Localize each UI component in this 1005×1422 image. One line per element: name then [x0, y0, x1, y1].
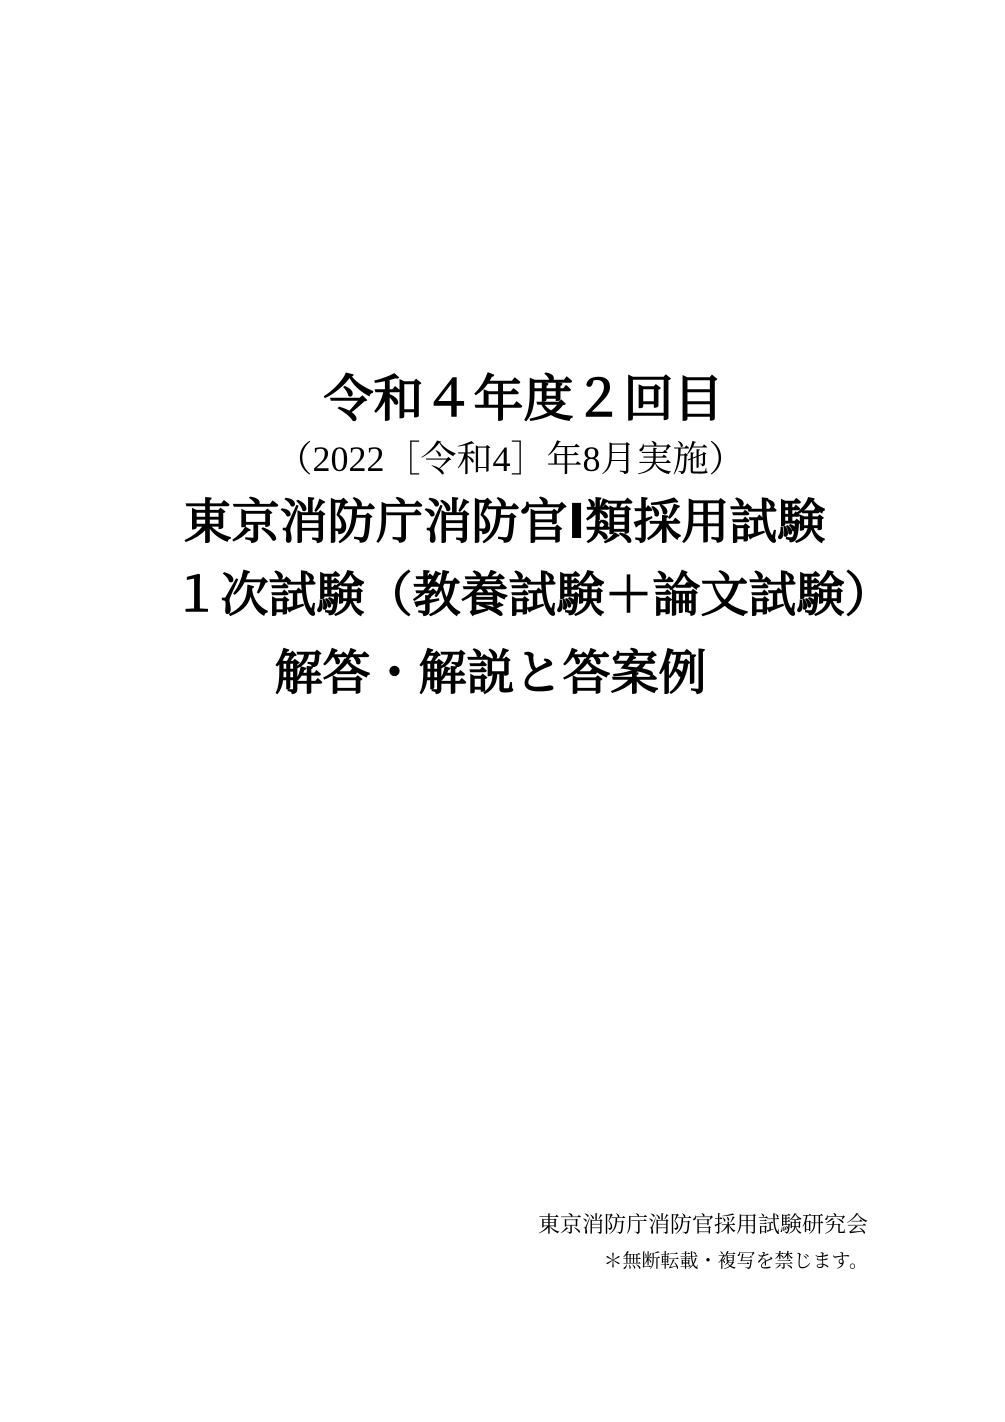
cover-content-type: 解答・解説と答案例 — [0, 650, 993, 698]
document-cover-page: 令和４年度２回目 （2022［令和4］年8月実施） 東京消防庁消防官Ⅰ類採用試験… — [0, 0, 1005, 1422]
publisher-name: 東京消防庁消防官採用試験研究会 — [538, 1214, 868, 1236]
cover-exam-name: 東京消防庁消防官Ⅰ類採用試験 — [2, 499, 1005, 547]
cover-exam-stage: １次試験（教養試験＋論文試験） — [30, 572, 1005, 620]
cover-date-subtitle: （2022［令和4］年8月実施） — [8, 441, 1005, 477]
cover-edition-title: 令和４年度２回目 — [21, 374, 1005, 424]
copyright-notice: ＊無断転載・複写を禁じます。 — [604, 1252, 868, 1271]
